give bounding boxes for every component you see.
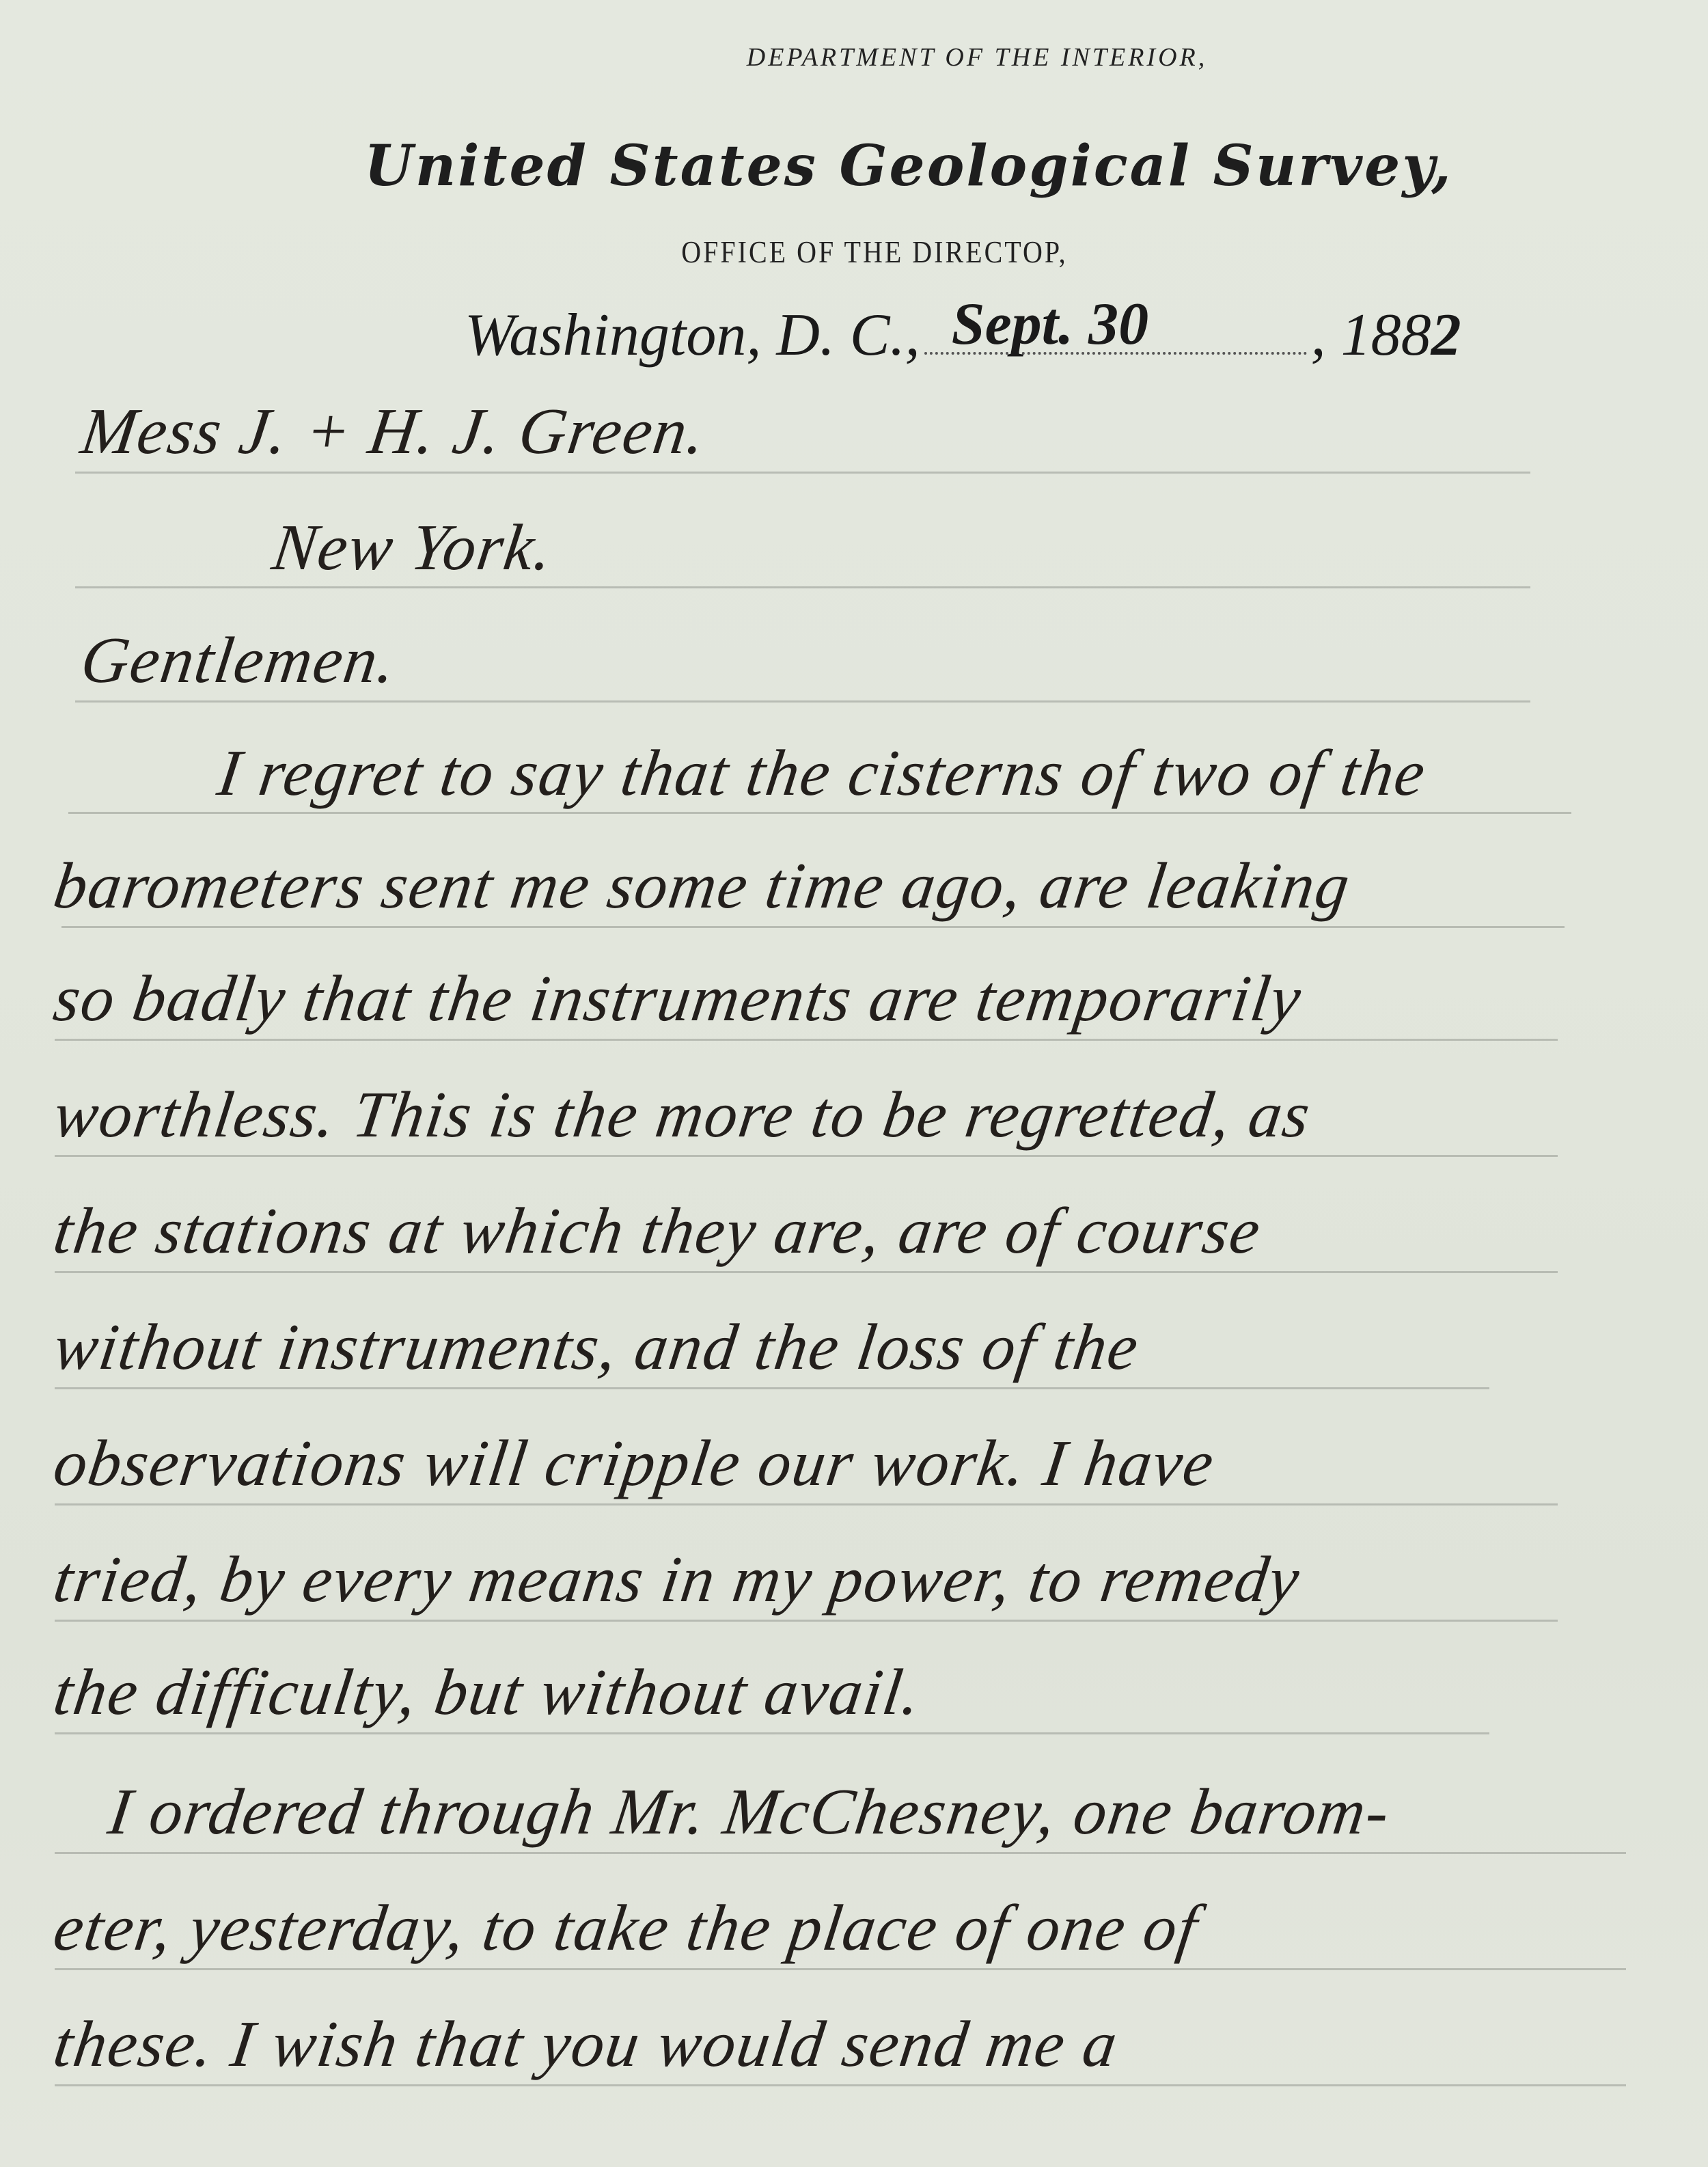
ruled-line [55,2084,1626,2086]
dateline: Washington, D. C.,Sept. 30, 1882 [465,301,1461,370]
body-line: I regret to say that the cisterns of two… [213,735,1431,810]
body-line: the difficulty, but without avail. [49,1654,926,1730]
salutation: Gentlemen. [77,622,401,698]
ruled-line [75,586,1530,588]
body-line: so badly that the instruments are tempor… [49,960,1307,1036]
ruled-line [55,1732,1489,1734]
body-line: the stations at which they are, are of c… [49,1192,1266,1268]
body-line: I ordered through Mr. McChesney, one bar… [104,1773,1395,1849]
ruled-line [75,700,1530,703]
body-line: without instruments, and the loss of the [49,1309,1144,1385]
body-line: observations will cripple our work. I ha… [49,1425,1220,1501]
ruled-line [55,1155,1558,1157]
dateline-date: Sept. 30 [952,290,1148,359]
office-heading: OFFICE OF THE DIRECTOP, [0,233,1708,270]
ruled-line [55,1852,1626,1854]
ruled-line [55,1271,1558,1273]
ruled-line [55,1387,1489,1389]
dateline-year-suffix: 2 [1431,302,1461,368]
addressee-line-2: New York. [268,509,558,585]
ruled-line [55,1968,1626,1970]
ruled-line [68,812,1571,814]
ruled-line [61,926,1565,928]
ruled-line [75,472,1530,474]
dateline-place: Washington, D. C., [465,302,920,368]
body-line: barometers sent me some time ago, are le… [49,847,1355,923]
dateline-year-prefix: , 188 [1311,302,1431,368]
date-fill-line: Sept. 30 [924,345,1307,355]
agency-heading: United States Geological Survey, [0,133,1708,199]
body-line: eter, yesterday, to take the place of on… [49,1890,1203,1965]
body-line: tried, by every means in my power, to re… [49,1541,1305,1617]
addressee-line-1: Mess J. + H. J. Green. [77,393,711,469]
ruled-line [55,1039,1558,1041]
department-heading: DEPARTMENT OF THE INTERIOR, [0,42,1708,72]
ruled-line [55,1620,1558,1622]
body-line: worthless. This is the more to be regret… [49,1076,1316,1152]
body-line: these. I wish that you would send me a [49,2006,1122,2082]
ruled-line [55,1503,1558,1505]
